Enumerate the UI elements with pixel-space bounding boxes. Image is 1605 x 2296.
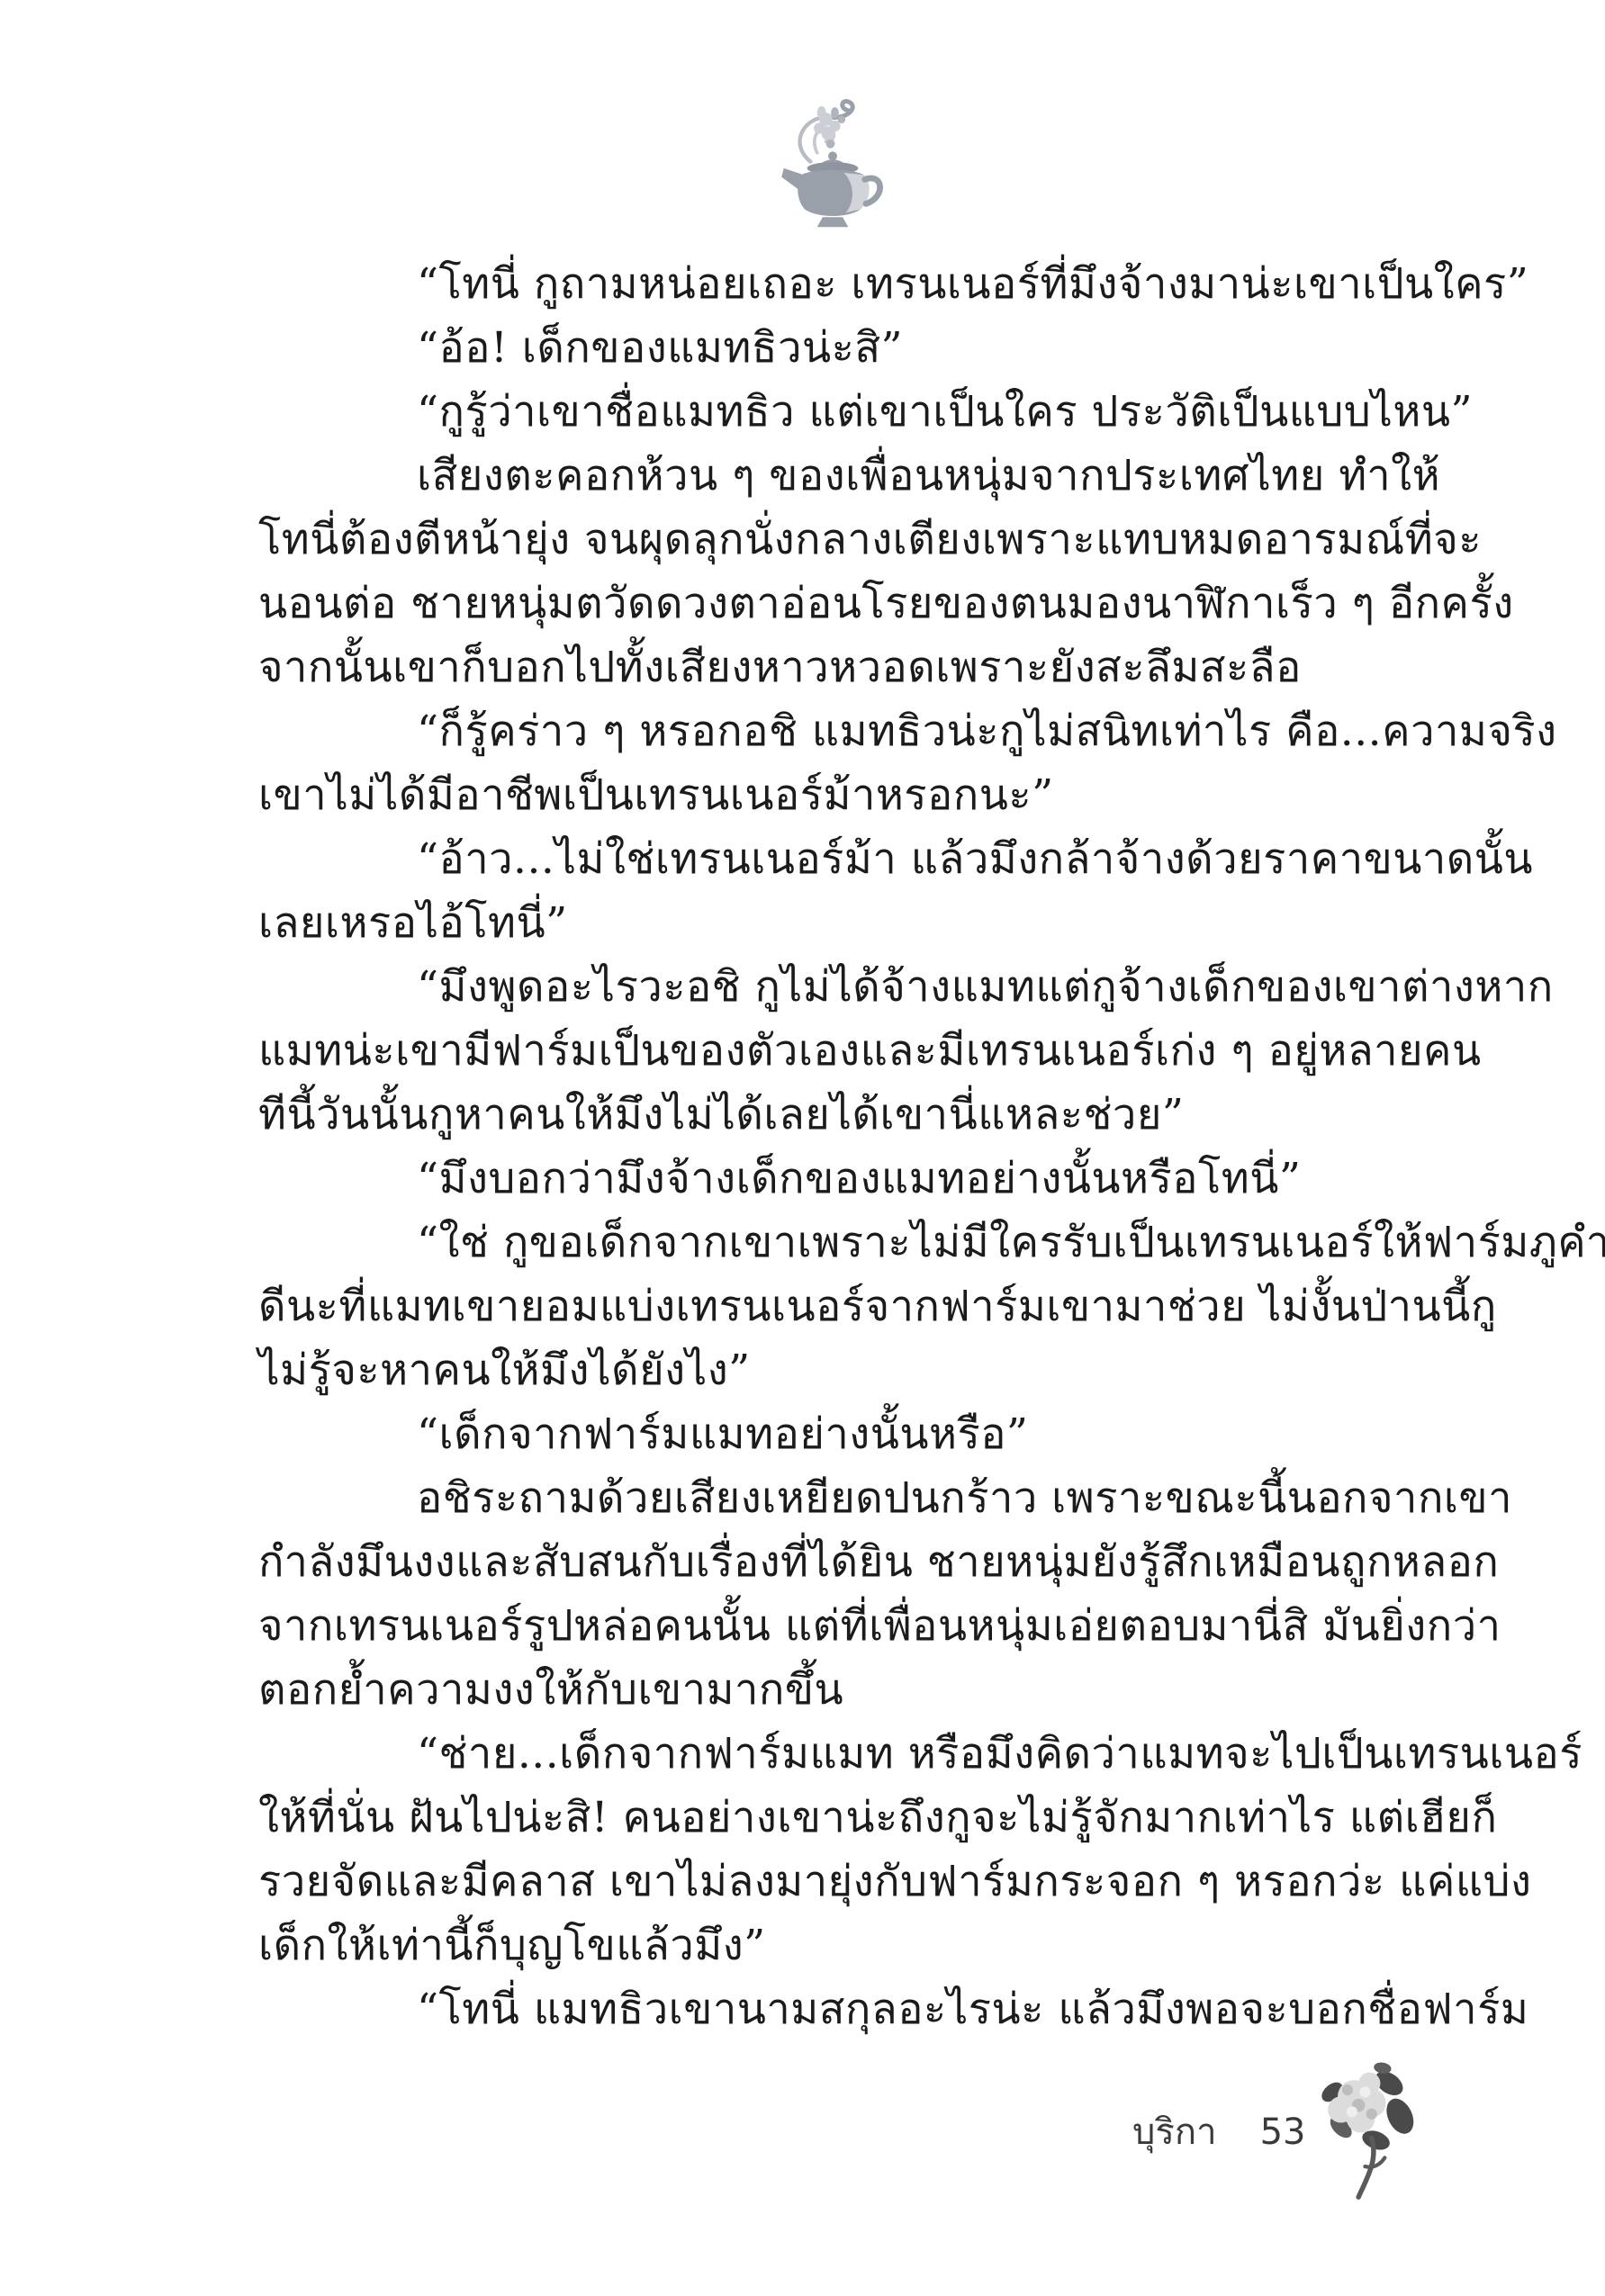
text-line: ดีนะที่แมทเขายอมแบ่งเทรนเนอร์จากฟาร์มเขา… — [258, 1274, 1414, 1338]
text-line: “ใช่ กูขอเด็กจากเขาเพราะไม่มีใครรับเป็นเ… — [258, 1211, 1414, 1274]
text-line: รวยจัดและมีคลาส เขาไม่ลงมายุ่งกับฟาร์มกร… — [258, 1850, 1414, 1913]
text-line: ไม่รู้จะหาคนให้มึงได้ยังไง” — [258, 1338, 1414, 1402]
footer-book-title: บุริกา — [1132, 2102, 1217, 2160]
text-line: “โทนี่ กูถามหน่อยเถอะ เทรนเนอร์ที่มึงจ้า… — [258, 252, 1414, 316]
text-line: “เด็กจากฟาร์มแมทอย่างนั้นหรือ” — [258, 1402, 1414, 1466]
text-line: จากเทรนเนอร์รูปหล่อคนนั้น แต่ที่เพื่อนหน… — [258, 1594, 1414, 1658]
text-line: แมทน่ะเขามีฟาร์มเป็นของตัวเองและมีเทรนเน… — [258, 1019, 1414, 1083]
page-footer: บุริกา 53 — [1132, 2102, 1305, 2160]
text-line: ตอกย้ำความงงให้กับเขามากขึ้น — [258, 1658, 1414, 1722]
text-line: “กูรู้ว่าเขาชื่อแมทธิว แต่เขาเป็นใคร ประ… — [258, 380, 1414, 444]
text-line: ทีนี้วันนั้นกูหาคนให้มึงไม่ได้เลยได้เขาน… — [258, 1083, 1414, 1147]
text-line: โทนี่ต้องตีหน้ายุ่ง จนผุดลุกนั่งกลางเตีย… — [258, 508, 1414, 572]
text-line: เขาไม่ได้มีอาชีพเป็นเทรนเนอร์ม้าหรอกนะ” — [258, 763, 1414, 827]
text-line: “โทนี่ แมทธิวเขานามสกุลอะไรน่ะ แล้วมึงพอ… — [258, 1977, 1414, 2041]
text-line: “มึงบอกว่ามึงจ้างเด็กของแมทอย่างนั้นหรือ… — [258, 1147, 1414, 1211]
flower-icon — [1307, 2059, 1419, 2201]
body-text: “โทนี่ กูถามหน่อยเถอะ เทรนเนอร์ที่มึงจ้า… — [258, 252, 1414, 2041]
text-line: เลยเหรอไอ้โทนี่” — [258, 891, 1414, 955]
text-line: ให้ที่นั่น ฝันไปน่ะสิ! คนอย่างเขาน่ะถึงก… — [258, 1786, 1414, 1850]
text-line: “ก็รู้คร่าว ๆ หรอกอชิ แมทธิวน่ะกูไม่สนิท… — [258, 699, 1414, 763]
text-line: จากนั้นเขาก็บอกไปทั้งเสียงหาวหวอดเพราะยั… — [258, 635, 1414, 699]
text-line: นอนต่อ ชายหนุ่มตวัดดวงตาอ่อนโรยของตนมองน… — [258, 572, 1414, 635]
teapot-lamp-icon — [774, 97, 891, 230]
footer-page-number: 53 — [1260, 2111, 1306, 2153]
text-line: “อ้าว...ไม่ใช่เทรนเนอร์ม้า แล้วมึงกล้าจ้… — [258, 827, 1414, 891]
text-line: “อ้อ! เด็กของแมทธิวน่ะสิ” — [258, 316, 1414, 380]
text-line: “ช่าย...เด็กจากฟาร์มแมท หรือมึงคิดว่าแมท… — [258, 1722, 1414, 1786]
book-page: “โทนี่ กูถามหน่อยเถอะ เทรนเนอร์ที่มึงจ้า… — [0, 0, 1605, 2296]
text-line: เสียงตะคอกห้วน ๆ ของเพื่อนหนุ่มจากประเทศ… — [258, 444, 1414, 508]
text-line: “มึงพูดอะไรวะอชิ กูไม่ได้จ้างแมทแต่กูจ้า… — [258, 955, 1414, 1019]
text-line: กำลังมึนงงและสับสนกับเรื่องที่ได้ยิน ชาย… — [258, 1530, 1414, 1594]
text-line: อชิระถามด้วยเสียงเหยียดปนกร้าว เพราะขณะน… — [258, 1466, 1414, 1530]
text-line: เด็กให้เท่านี้ก็บุญโขแล้วมึง” — [258, 1913, 1414, 1977]
